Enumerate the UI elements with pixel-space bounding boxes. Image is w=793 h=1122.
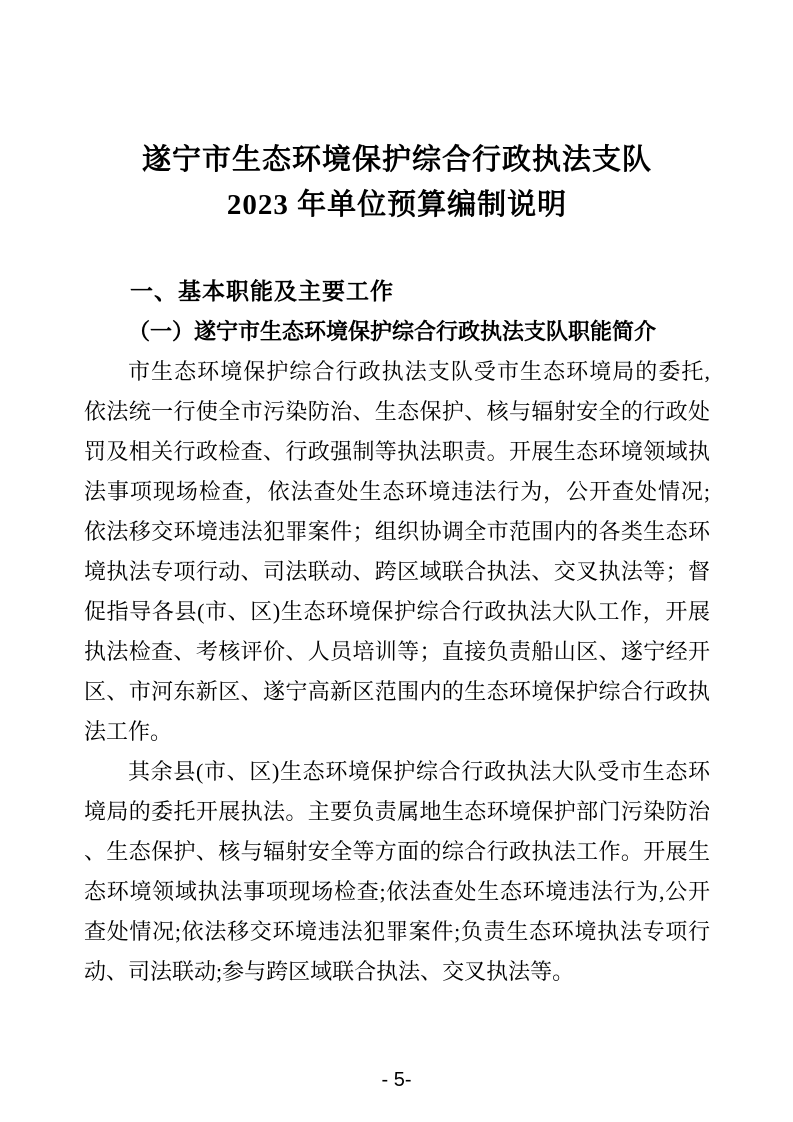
paragraph-line: 境执法专项行动、司法联动、跨区域联合执法、交叉执法等；督: [84, 552, 710, 592]
section-heading: 一、基本职能及主要工作: [84, 272, 710, 312]
document-title-line-2: 2023 年单位预算编制说明: [84, 183, 710, 228]
paragraph-line: 依法移交环境违法犯罪案件；组织协调全市范围内的各类生态环: [84, 512, 710, 552]
document-content: 遂宁市生态环境保护综合行政执法支队 2023 年单位预算编制说明 一、基本职能及…: [84, 138, 710, 992]
paragraph-line: 法工作。: [84, 712, 710, 752]
document-title-line-1: 遂宁市生态环境保护综合行政执法支队: [84, 138, 710, 183]
paragraph-line: 依法统一行使全市污染防治、生态保护、核与辐射安全的行政处: [84, 392, 710, 432]
paragraph-line: 境局的委托开展执法。主要负责属地生态环境保护部门污染防治: [84, 792, 710, 832]
subsection-heading: （一）遂宁市生态环境保护综合行政执法支队职能简介: [84, 312, 710, 352]
paragraph-line: 动、司法联动;参与跨区域联合执法、交叉执法等。: [84, 952, 710, 992]
paragraph: 其余县(市、区)生态环境保护综合行政执法大队受市生态环境局的委托开展执法。主要负…: [84, 752, 710, 992]
paragraph-line: 促指导各县(市、区)生态环境保护综合行政执法大队工作，开展: [84, 592, 710, 632]
page-number: - 5-: [382, 1069, 412, 1091]
paragraph-line: 、生态保护、核与辐射安全等方面的综合行政执法工作。开展生: [84, 832, 710, 872]
paragraph-line: 区、市河东新区、遂宁高新区范围内的生态环境保护综合行政执: [84, 672, 710, 712]
paragraph: 市生态环境保护综合行政执法支队受市生态环境局的委托,依法统一行使全市污染防治、生…: [84, 352, 710, 752]
page-footer: - 5-: [0, 1069, 793, 1092]
paragraph-line: 罚及相关行政检查、行政强制等执法职责。开展生态环境领域执: [84, 432, 710, 472]
paragraph-line: 其余县(市、区)生态环境保护综合行政执法大队受市生态环: [84, 752, 710, 792]
paragraph-line: 市生态环境保护综合行政执法支队受市生态环境局的委托,: [84, 352, 710, 392]
document-body: 市生态环境保护综合行政执法支队受市生态环境局的委托,依法统一行使全市污染防治、生…: [84, 352, 710, 992]
paragraph-line: 查处情况;依法移交环境违法犯罪案件;负责生态环境执法专项行: [84, 912, 710, 952]
paragraph-line: 执法检查、考核评价、人员培训等；直接负责船山区、遂宁经开: [84, 632, 710, 672]
paragraph-line: 态环境领域执法事项现场检查;依法查处生态环境违法行为,公开: [84, 872, 710, 912]
paragraph-line: 法事项现场检查，依法查处生态环境违法行为，公开查处情况;: [84, 472, 710, 512]
document-page: 遂宁市生态环境保护综合行政执法支队 2023 年单位预算编制说明 一、基本职能及…: [0, 0, 793, 1122]
document-title: 遂宁市生态环境保护综合行政执法支队 2023 年单位预算编制说明: [84, 138, 710, 228]
